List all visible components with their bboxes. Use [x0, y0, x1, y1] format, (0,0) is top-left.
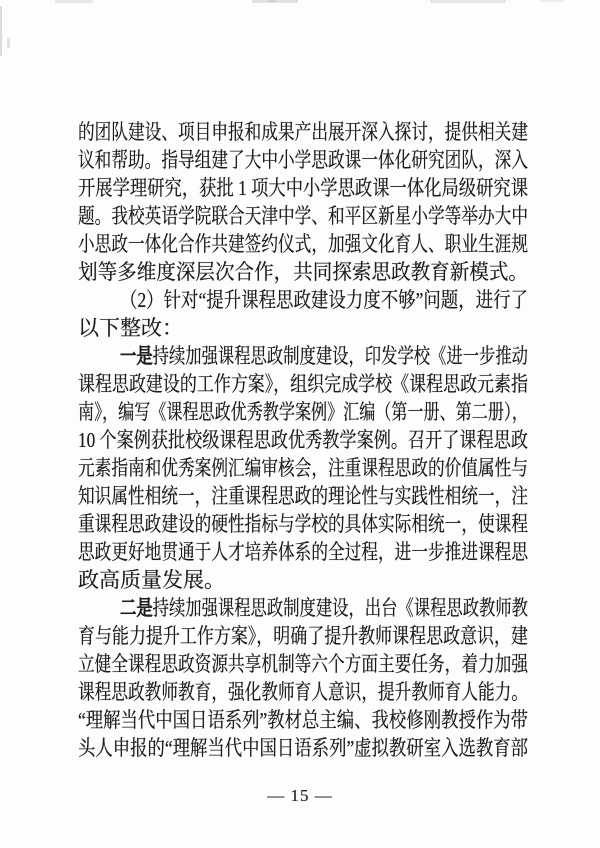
text-line-content: 知识属性相统一，注重课程思政的理论性与实践性相统一，注 [78, 482, 528, 510]
text-line-content: 重课程思政建设的硬性指标与学校的具体实际相统一，使课程 [78, 510, 528, 538]
scan-artifact [430, 0, 506, 3]
text-line: （2）针对“提升课程思政建设力度不够”问题，进行了 [78, 286, 528, 314]
text-line: 政高质量发展。 [78, 566, 528, 594]
text-line: 题。我校英语学院联合天津中学、和平区新星小学等举办大中 [78, 202, 528, 230]
scan-artifact [268, 0, 276, 2]
text-line: 重课程思政建设的硬性指标与学校的具体实际相统一，使课程 [78, 510, 528, 538]
scan-artifact [0, 6, 2, 56]
text-line-content: 课程思政建设的工作方案》，组织完成学校《课程思政元素指 [78, 370, 528, 398]
text-line-content: 一是持续加强课程思政制度建设，印发学校《进一步推动 [120, 342, 528, 370]
bold-lead: 一是 [120, 344, 153, 368]
text-line-content: 的团队建设、项目申报和成果产出展开深入探讨，提供相关建 [78, 118, 528, 146]
text-line: 的团队建设、项目申报和成果产出展开深入探讨，提供相关建 [78, 118, 528, 146]
text-line: 10 个案例获批校级课程思政优秀教学案例。召开了课程思政 [78, 426, 528, 454]
text-line-content: 政高质量发展。 [78, 566, 225, 594]
text-line: 思政更好地贯通于人才培养体系的全过程，进一步推进课程思 [78, 538, 528, 566]
text-line-content: 育与能力提升工作方案》，明确了提升教师课程思政意识，建 [78, 622, 528, 650]
text-line: 元素指南和优秀案例汇编审核会，注重课程思政的价值属性与 [78, 454, 528, 482]
text-line-content: 题。我校英语学院联合天津中学、和平区新星小学等举办大中 [78, 202, 528, 230]
bold-lead: 二是 [120, 596, 153, 620]
text-line-content: 以下整改： [78, 314, 183, 342]
document-page: 的团队建设、项目申报和成果产出展开深入探讨，提供相关建议和帮助。指导组建了大中小… [0, 0, 600, 848]
text-line: 以下整改： [78, 314, 528, 342]
scan-artifact [540, 0, 564, 2]
text-line: 立健全课程思政资源共享机制等六个方面主要任务，着力加强 [78, 650, 528, 678]
text-line: 课程思政教师教育，强化教师育人意识，提升教师育人能力。 [78, 678, 528, 706]
text-line-content: 划等多维度深层次合作，共同探索思政教育新模式。 [78, 258, 528, 286]
text-line: “理解当代中国日语系列”教材总主编、我校修刚教授作为带 [78, 706, 528, 734]
text-block: 的团队建设、项目申报和成果产出展开深入探讨，提供相关建议和帮助。指导组建了大中小… [78, 118, 528, 762]
text-line-content: “理解当代中国日语系列”教材总主编、我校修刚教授作为带 [78, 706, 528, 734]
text-line-content: 小思政一体化合作共建签约仪式，加强文化育人、职业生涯规 [78, 230, 528, 258]
text-line: 开展学理研究，获批 1 项大中小学思政课一体化局级研究课 [78, 174, 528, 202]
text-line-content: 南》，编写《课程思政优秀教学案例》汇编（第一册、第二册）， [78, 398, 528, 426]
text-line-content: 10 个案例获批校级课程思政优秀教学案例。召开了课程思政 [78, 426, 528, 454]
text-line: 课程思政建设的工作方案》，组织完成学校《课程思政元素指 [78, 370, 528, 398]
text-line: 二是持续加强课程思政制度建设，出台《课程思政教师教 [78, 594, 528, 622]
text-line-content: 思政更好地贯通于人才培养体系的全过程，进一步推进课程思 [78, 538, 528, 566]
text-line-content: 立健全课程思政资源共享机制等六个方面主要任务，着力加强 [78, 650, 528, 678]
text-line: 议和帮助。指导组建了大中小学思政课一体化研究团队，深入 [78, 146, 528, 174]
scan-artifact [7, 38, 10, 48]
text-line-content: （2）针对“提升课程思政建设力度不够”问题，进行了 [120, 286, 528, 314]
text-line: 头人申报的“理解当代中国日语系列”虚拟教研室入选教育部 [78, 734, 528, 762]
text-line-content: 议和帮助。指导组建了大中小学思政课一体化研究团队，深入 [78, 146, 528, 174]
text-line: 育与能力提升工作方案》，明确了提升教师课程思政意识，建 [78, 622, 528, 650]
text-line: 一是持续加强课程思政制度建设，印发学校《进一步推动 [78, 342, 528, 370]
text-line-content: 开展学理研究，获批 1 项大中小学思政课一体化局级研究课 [78, 174, 528, 202]
scan-artifact [252, 0, 298, 3]
text-line-content: 二是持续加强课程思政制度建设，出台《课程思政教师教 [120, 594, 528, 622]
text-line-content: 课程思政教师教育，强化教师育人意识，提升教师育人能力。 [78, 678, 528, 706]
text-line: 划等多维度深层次合作，共同探索思政教育新模式。 [78, 258, 528, 286]
text-line: 知识属性相统一，注重课程思政的理论性与实践性相统一，注 [78, 482, 528, 510]
page-number: — 15 — [0, 786, 600, 806]
text-line: 小思政一体化合作共建签约仪式，加强文化育人、职业生涯规 [78, 230, 528, 258]
text-line-content: 头人申报的“理解当代中国日语系列”虚拟教研室入选教育部 [78, 734, 528, 762]
text-line: 南》，编写《课程思政优秀教学案例》汇编（第一册、第二册）， [78, 398, 528, 426]
scan-artifact [55, 0, 93, 3]
text-line-content: 元素指南和优秀案例汇编审核会，注重课程思政的价值属性与 [78, 454, 528, 482]
